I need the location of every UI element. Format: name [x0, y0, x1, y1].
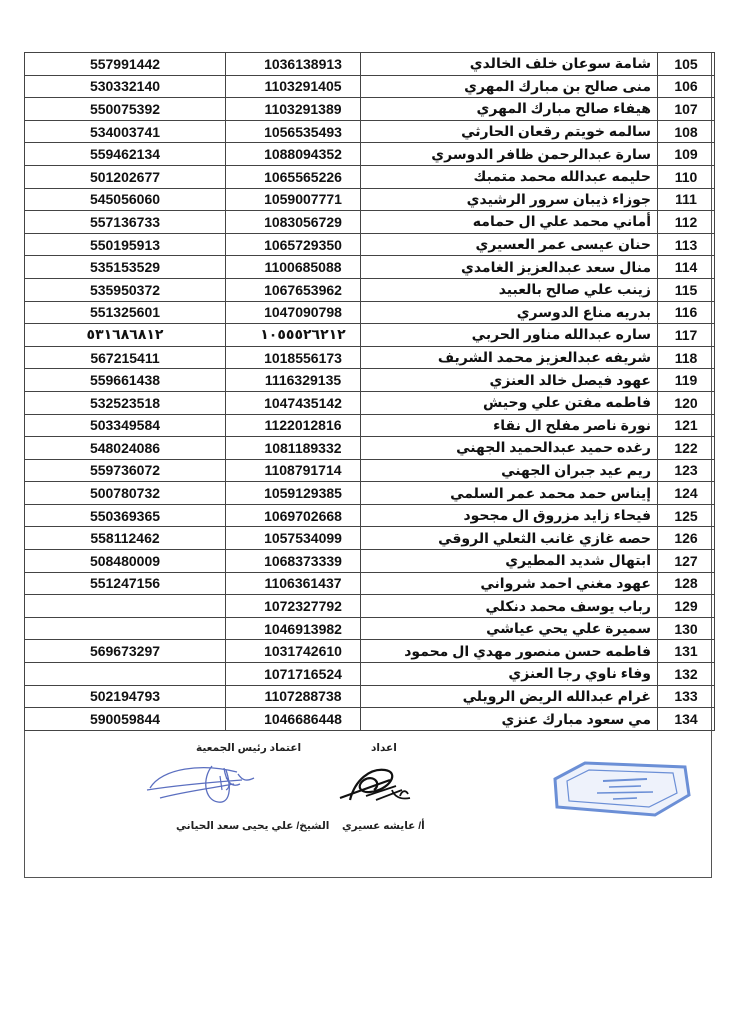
- row-number-cell-text: 120: [674, 395, 697, 411]
- phone-cell-text: 530332140: [90, 78, 160, 94]
- row-number-cell: 107: [658, 98, 715, 121]
- national-id-cell: 1047435142: [226, 391, 361, 414]
- national-id-cell: 1047090798: [226, 301, 361, 324]
- phone-cell: 558112462: [25, 527, 226, 550]
- national-id-cell-text: 1046913982: [264, 621, 342, 637]
- phone-cell: 567215411: [25, 346, 226, 369]
- name-cell: منال سعد عبدالعزيز الغامدي: [361, 256, 658, 279]
- row-number-cell: 115: [658, 278, 715, 301]
- row-number-cell: 132: [658, 663, 715, 686]
- row-number-cell: 109: [658, 143, 715, 166]
- name-cell-text: مي سعود مبارك عنزي: [502, 711, 651, 727]
- phone-cell-text: 590059844: [90, 711, 160, 727]
- approval-label: اعتماد رئيس الجمعية: [196, 742, 301, 754]
- row-number-cell: 119: [658, 369, 715, 392]
- association-stamp: [545, 757, 695, 819]
- row-number-cell: 131: [658, 640, 715, 663]
- name-cell: حنان عيسى عمر العسيري: [361, 233, 658, 256]
- national-id-cell-text: 1103291389: [264, 101, 341, 117]
- phone-cell: 508480009: [25, 550, 226, 573]
- phone-cell-text: 557991442: [90, 56, 160, 72]
- table-row: 5597360721108791714ريم عيد جبران الجهني1…: [25, 459, 715, 482]
- name-cell: منى صالح بن مبارك المهري: [361, 75, 658, 98]
- table-row: 5021947931107288738غرام عبدالله الريض ال…: [25, 685, 715, 708]
- name-cell-text: عهود مغني احمد شرواني: [480, 575, 651, 591]
- name-cell-text: حصه غازي غانب الثعلي الروقي: [438, 530, 651, 546]
- national-id-cell-text: 1116329135: [265, 372, 341, 388]
- name-cell-text: سارة عبدالرحمن ظافر الدوسري: [431, 146, 651, 162]
- national-id-cell: ١٠٥٥٥٢٦٢١٢: [226, 324, 361, 347]
- national-id-cell: 1067653962: [226, 278, 361, 301]
- row-number-cell-text: 131: [674, 643, 697, 659]
- phone-cell-text: 559661438: [90, 372, 160, 388]
- table-row: 5503693651069702668فيحاء زايد مزروق ال م…: [25, 504, 715, 527]
- row-number-cell: 113: [658, 233, 715, 256]
- national-id-cell-text: 1031742610: [264, 643, 342, 659]
- name-cell-text: فاطمه حسن منصور مهدي ال محمود: [404, 643, 651, 659]
- national-id-cell: 1056535493: [226, 120, 361, 143]
- row-number-cell-text: 128: [674, 575, 697, 591]
- table-row: 5581124621057534099حصه غازي غانب الثعلي …: [25, 527, 715, 550]
- name-cell: عهود فيصل خالد العنزي: [361, 369, 658, 392]
- table-row: 1071716524وفاء ناوي رجا العنزي132: [25, 663, 715, 686]
- name-cell: فاطمه حسن منصور مهدي ال محمود: [361, 640, 658, 663]
- row-number-cell: 130: [658, 617, 715, 640]
- row-number-cell: 117: [658, 324, 715, 347]
- name-cell: رغده حميد عبدالحميد الجهني: [361, 437, 658, 460]
- national-id-cell-text: 1036138913: [264, 56, 342, 72]
- name-cell-text: ابتهال شديد المطيري: [505, 552, 651, 568]
- beneficiaries-table: 5579914421036138913شامة سوعان خلف الخالد…: [24, 52, 715, 731]
- phone-cell: 502194793: [25, 685, 226, 708]
- national-id-cell-text: 1047435142: [264, 395, 342, 411]
- name-cell: جوزاء ذيبان سرور الرشيدي: [361, 188, 658, 211]
- phone-cell: ٥٣١٦٨٦٨١٢: [25, 324, 226, 347]
- national-id-cell-text: 1057534099: [264, 530, 342, 546]
- phone-cell: 557991442: [25, 53, 226, 76]
- name-cell-text: سالمه خويتم رقعان الحارثي: [461, 123, 651, 139]
- row-number-cell-text: 126: [674, 530, 697, 546]
- row-number-cell-text: 110: [675, 169, 698, 185]
- national-id-cell-text: 1018556173: [264, 350, 342, 366]
- row-number-cell-text: 118: [675, 350, 698, 366]
- phone-cell: 550369365: [25, 504, 226, 527]
- national-id-cell: 1065565226: [226, 165, 361, 188]
- national-id-cell-text: 1067653962: [264, 282, 342, 298]
- row-number-cell: 120: [658, 391, 715, 414]
- row-number-cell: 111: [658, 188, 715, 211]
- row-number-cell-text: 125: [674, 508, 697, 524]
- national-id-cell: 1103291389: [226, 98, 361, 121]
- national-id-cell: 1036138913: [226, 53, 361, 76]
- phone-cell: 534003741: [25, 120, 226, 143]
- phone-cell: 503349584: [25, 414, 226, 437]
- name-cell: شامة سوعان خلف الخالدي: [361, 53, 658, 76]
- row-number-cell: 118: [658, 346, 715, 369]
- national-id-cell: 1107288738: [226, 685, 361, 708]
- row-number-cell: 134: [658, 708, 715, 731]
- phone-cell: 559661438: [25, 369, 226, 392]
- national-id-cell-text: 1106361437: [264, 575, 341, 591]
- name-cell: فاطمه مفتن علي وحيش: [361, 391, 658, 414]
- phone-cell: 559462134: [25, 143, 226, 166]
- national-id-cell: 1071716524: [226, 663, 361, 686]
- row-number-cell: 105: [658, 53, 715, 76]
- name-cell-text: ريم عيد جبران الجهني: [501, 462, 651, 478]
- table-row: 5696732971031742610فاطمه حسن منصور مهدي …: [25, 640, 715, 663]
- phone-cell-text: 535950372: [90, 282, 160, 298]
- row-number-cell-text: 119: [675, 372, 698, 388]
- phone-cell-text: 532523518: [90, 395, 160, 411]
- row-number-cell: 124: [658, 482, 715, 505]
- phone-cell: 557136733: [25, 211, 226, 234]
- row-number-cell-text: 133: [674, 688, 697, 704]
- name-cell: إيناس حمد محمد عمر السلمي: [361, 482, 658, 505]
- name-cell: نورة ناصر مفلح ال نقاء: [361, 414, 658, 437]
- name-cell-text: رباب يوسف محمد دنكلي: [486, 598, 651, 614]
- name-cell-text: إيناس حمد محمد عمر السلمي: [450, 485, 651, 501]
- phone-cell: [25, 663, 226, 686]
- phone-cell-text: 535153529: [90, 259, 160, 275]
- row-number-cell-text: 115: [675, 282, 698, 298]
- national-id-cell-text: 1056535493: [264, 124, 342, 140]
- name-cell: حصه غازي غانب الثعلي الروقي: [361, 527, 658, 550]
- phone-cell: 590059844: [25, 708, 226, 731]
- phone-cell: 532523518: [25, 391, 226, 414]
- row-number-cell: 133: [658, 685, 715, 708]
- table-row: 5672154111018556173شريفه عبدالعزيز محمد …: [25, 346, 715, 369]
- name-cell: مي سعود مبارك عنزي: [361, 708, 658, 731]
- name-cell-text: منال سعد عبدالعزيز الغامدي: [461, 259, 651, 275]
- row-number-cell: 122: [658, 437, 715, 460]
- national-id-cell: 1100685088: [226, 256, 361, 279]
- name-cell-text: غرام عبدالله الريض الرويلي: [463, 688, 651, 704]
- row-number-cell: 114: [658, 256, 715, 279]
- national-id-cell-text: 1100685088: [264, 259, 341, 275]
- table-row: 5579914421036138913شامة سوعان خلف الخالد…: [25, 53, 715, 76]
- row-number-cell: 106: [658, 75, 715, 98]
- row-number-cell-text: 105: [674, 56, 697, 72]
- phone-cell: 551247156: [25, 572, 226, 595]
- row-number-cell-text: 112: [675, 214, 698, 230]
- name-cell-text: حنان عيسى عمر العسيري: [476, 236, 652, 252]
- name-cell: ابتهال شديد المطيري: [361, 550, 658, 573]
- table-row: 5450560601059007771جوزاء ذيبان سرور الرش…: [25, 188, 715, 211]
- national-id-cell: 1018556173: [226, 346, 361, 369]
- name-cell-text: عهود فيصل خالد العنزي: [489, 372, 651, 388]
- national-id-cell-text: 1122012816: [264, 417, 341, 433]
- national-id-cell-text: 1103291405: [264, 78, 341, 94]
- phone-cell: 551325601: [25, 301, 226, 324]
- national-id-cell: 1122012816: [226, 414, 361, 437]
- national-id-cell-text: 1083056729: [264, 214, 342, 230]
- table-row: 5501959131065729350حنان عيسى عمر العسيري…: [25, 233, 715, 256]
- name-cell-text: فاطمه مفتن علي وحيش: [483, 394, 651, 410]
- row-number-cell: 110: [658, 165, 715, 188]
- phone-cell: [25, 595, 226, 618]
- table-row: 5033495841122012816نورة ناصر مفلح ال نقا…: [25, 414, 715, 437]
- name-cell-text: نورة ناصر مفلح ال نقاء: [493, 417, 651, 433]
- name-cell: فيحاء زايد مزروق ال مجحود: [361, 504, 658, 527]
- name-cell: وفاء ناوي رجا العنزي: [361, 663, 658, 686]
- national-id-cell: 1116329135: [226, 369, 361, 392]
- name-cell: بدريه مناع الدوسري: [361, 301, 658, 324]
- phone-cell-text: 501202677: [90, 169, 160, 185]
- table-row: 5325235181047435142فاطمه مفتن علي وحيش12…: [25, 391, 715, 414]
- phone-cell-text: 550369365: [90, 508, 160, 524]
- national-id-cell: 1103291405: [226, 75, 361, 98]
- name-cell-text: رغده حميد عبدالحميد الجهني: [456, 439, 651, 455]
- row-number-cell-text: 117: [675, 327, 698, 343]
- national-id-cell: 1059007771: [226, 188, 361, 211]
- phone-cell-text: 503349584: [90, 417, 160, 433]
- table-row: 5340037411056535493سالمه خويتم رقعان الح…: [25, 120, 715, 143]
- national-id-cell-text: 1046686448: [264, 711, 342, 727]
- name-cell: أماني محمد علي ال حمامه: [361, 211, 658, 234]
- national-id-cell-text: 1081189332: [264, 440, 341, 456]
- name-cell-text: فيحاء زايد مزروق ال مجحود: [463, 507, 651, 523]
- phone-cell: 545056060: [25, 188, 226, 211]
- national-id-cell-text: 1065729350: [264, 237, 342, 253]
- row-number-cell-text: 127: [674, 553, 697, 569]
- name-cell: سميرة علي يحي عياشي: [361, 617, 658, 640]
- president-signature: [142, 758, 262, 808]
- row-number-cell: 127: [658, 550, 715, 573]
- table-row: 5084800091068373339ابتهال شديد المطيري12…: [25, 550, 715, 573]
- national-id-cell-text: 1071716524: [264, 666, 342, 682]
- national-id-cell-text: 1088094352: [264, 146, 342, 162]
- row-number-cell: 128: [658, 572, 715, 595]
- name-cell-text: حليمه عبدالله محمد متمبك: [474, 168, 651, 184]
- phone-cell: 500780732: [25, 482, 226, 505]
- phone-cell-text: 534003741: [90, 124, 160, 140]
- name-cell: ريم عيد جبران الجهني: [361, 459, 658, 482]
- table-row: 5900598441046686448مي سعود مبارك عنزي134: [25, 708, 715, 731]
- table-row: 5513256011047090798بدريه مناع الدوسري116: [25, 301, 715, 324]
- row-number-cell: 121: [658, 414, 715, 437]
- name-cell-text: ساره عبدالله مناور الحربي: [472, 326, 651, 342]
- row-number-cell: 116: [658, 301, 715, 324]
- phone-cell-text: 551247156: [90, 575, 160, 591]
- national-id-cell: 1106361437: [226, 572, 361, 595]
- row-number-cell-text: 132: [674, 666, 697, 682]
- phone-cell: 530332140: [25, 75, 226, 98]
- row-number-cell: 125: [658, 504, 715, 527]
- national-id-cell: 1068373339: [226, 550, 361, 573]
- row-number-cell-text: 116: [675, 304, 698, 320]
- row-number-cell: 126: [658, 527, 715, 550]
- phone-cell: 569673297: [25, 640, 226, 663]
- national-id-cell: 1059129385: [226, 482, 361, 505]
- phone-cell: 559736072: [25, 459, 226, 482]
- table-row: 5007807321059129385إيناس حمد محمد عمر ال…: [25, 482, 715, 505]
- name-cell-text: أماني محمد علي ال حمامه: [473, 213, 651, 229]
- national-id-cell-text: 1069702668: [264, 508, 342, 524]
- row-number-cell-text: 123: [674, 462, 697, 478]
- name-cell-text: شريفه عبدالعزيز محمد الشريف: [438, 349, 651, 365]
- table-row: 5512471561106361437عهود مغني احمد شرواني…: [25, 572, 715, 595]
- phone-cell: 550195913: [25, 233, 226, 256]
- phone-cell-text: 508480009: [90, 553, 160, 569]
- national-id-cell-text: 1108791714: [264, 462, 341, 478]
- phone-cell: 535153529: [25, 256, 226, 279]
- table-row: ٥٣١٦٨٦٨١٢١٠٥٥٥٢٦٢١٢ساره عبدالله مناور ال…: [25, 324, 715, 347]
- table-row: 5303321401103291405منى صالح بن مبارك الم…: [25, 75, 715, 98]
- row-number-cell-text: 106: [674, 78, 697, 94]
- row-number-cell-text: 124: [674, 485, 697, 501]
- table-row: 5596614381116329135عهود فيصل خالد العنزي…: [25, 369, 715, 392]
- table-row: 5500753921103291389هيفاء صالح مبارك المه…: [25, 98, 715, 121]
- national-id-cell: 1069702668: [226, 504, 361, 527]
- phone-cell-text: 551325601: [90, 304, 160, 320]
- table-row: 5594621341088094352سارة عبدالرحمن ظافر ا…: [25, 143, 715, 166]
- row-number-cell-text: 107: [674, 101, 697, 117]
- phone-cell-text: 502194793: [90, 688, 160, 704]
- name-cell: حليمه عبدالله محمد متمبك: [361, 165, 658, 188]
- phone-cell-text: 557136733: [90, 214, 160, 230]
- row-number-cell-text: 134: [674, 711, 697, 727]
- row-number-cell: 129: [658, 595, 715, 618]
- name-cell: رباب يوسف محمد دنكلي: [361, 595, 658, 618]
- name-cell: غرام عبدالله الريض الرويلي: [361, 685, 658, 708]
- national-id-cell: 1057534099: [226, 527, 361, 550]
- row-number-cell-text: 130: [674, 621, 697, 637]
- phone-cell-text: 550075392: [90, 101, 160, 117]
- table-row: 5012026771065565226حليمه عبدالله محمد مت…: [25, 165, 715, 188]
- preparer-signature: [330, 760, 420, 808]
- row-number-cell-text: 122: [674, 440, 697, 456]
- phone-cell-text: 548024086: [90, 440, 160, 456]
- national-id-cell-text: 1059007771: [264, 191, 342, 207]
- name-cell-text: هيفاء صالح مبارك المهري: [477, 100, 651, 116]
- prepared-label: اعداد: [371, 742, 397, 754]
- name-cell-text: منى صالح بن مبارك المهري: [464, 78, 651, 94]
- national-id-cell: 1046913982: [226, 617, 361, 640]
- row-number-cell-text: 111: [675, 191, 697, 207]
- phone-cell: 548024086: [25, 437, 226, 460]
- name-cell-text: وفاء ناوي رجا العنزي: [508, 665, 651, 681]
- name-cell-text: زينب علي صالح بالعبيد: [499, 281, 651, 297]
- table-body: 5579914421036138913شامة سوعان خلف الخالد…: [25, 53, 715, 731]
- name-cell: ساره عبدالله مناور الحربي: [361, 324, 658, 347]
- phone-cell-text: 545056060: [90, 191, 160, 207]
- national-id-cell-text: 1072327792: [264, 598, 342, 614]
- name-cell: هيفاء صالح مبارك المهري: [361, 98, 658, 121]
- name-cell-text: بدريه مناع الدوسري: [517, 304, 651, 320]
- phone-cell: 501202677: [25, 165, 226, 188]
- phone-cell-text: 550195913: [90, 237, 160, 253]
- table-row: 5359503721067653962زينب علي صالح بالعبيد…: [25, 278, 715, 301]
- national-id-cell-text: 1107288738: [264, 688, 341, 704]
- name-cell-text: جوزاء ذيبان سرور الرشيدي: [467, 191, 651, 207]
- row-number-cell: 123: [658, 459, 715, 482]
- phone-cell: [25, 617, 226, 640]
- phone-cell-text: 567215411: [90, 350, 159, 366]
- approver-name: الشيخ/ علي يحيى سعد الحياني: [176, 820, 329, 832]
- national-id-cell: 1031742610: [226, 640, 361, 663]
- national-id-cell-text: 1068373339: [264, 553, 342, 569]
- phone-cell: 535950372: [25, 278, 226, 301]
- phone-cell-text: 500780732: [90, 485, 160, 501]
- phone-cell-text: 559462134: [90, 146, 160, 162]
- national-id-cell: 1065729350: [226, 233, 361, 256]
- name-cell: شريفه عبدالعزيز محمد الشريف: [361, 346, 658, 369]
- row-number-cell: 108: [658, 120, 715, 143]
- table-row: 5480240861081189332رغده حميد عبدالحميد ا…: [25, 437, 715, 460]
- national-id-cell-text: 1065565226: [264, 169, 342, 185]
- row-number-cell: 112: [658, 211, 715, 234]
- row-number-cell-text: 108: [674, 124, 697, 140]
- national-id-cell: 1108791714: [226, 459, 361, 482]
- national-id-cell: 1081189332: [226, 437, 361, 460]
- national-id-cell-text: 1047090798: [264, 304, 342, 320]
- phone-cell-text: 559736072: [90, 462, 160, 478]
- name-cell: زينب علي صالح بالعبيد: [361, 278, 658, 301]
- name-cell: عهود مغني احمد شرواني: [361, 572, 658, 595]
- name-cell: سارة عبدالرحمن ظافر الدوسري: [361, 143, 658, 166]
- name-cell-text: شامة سوعان خلف الخالدي: [470, 55, 651, 71]
- name-cell-text: سميرة علي يحي عياشي: [486, 620, 651, 636]
- preparer-name: أ/ عايشه عسيري: [342, 820, 425, 832]
- table-row: 1072327792رباب يوسف محمد دنكلي129: [25, 595, 715, 618]
- row-number-cell-text: 114: [675, 259, 698, 275]
- table-row: 5571367331083056729أماني محمد علي ال حما…: [25, 211, 715, 234]
- name-cell: سالمه خويتم رقعان الحارثي: [361, 120, 658, 143]
- national-id-cell: 1046686448: [226, 708, 361, 731]
- phone-cell-text: 569673297: [90, 643, 160, 659]
- phone-cell-text: 558112462: [90, 530, 159, 546]
- national-id-cell: 1072327792: [226, 595, 361, 618]
- table-row: 5351535291100685088منال سعد عبدالعزيز ال…: [25, 256, 715, 279]
- row-number-cell-text: 121: [674, 417, 697, 433]
- national-id-cell-text: ١٠٥٥٥٢٦٢١٢: [260, 326, 345, 343]
- row-number-cell-text: 129: [674, 598, 697, 614]
- row-number-cell-text: 109: [674, 146, 697, 162]
- national-id-cell: 1083056729: [226, 211, 361, 234]
- phone-cell: 550075392: [25, 98, 226, 121]
- national-id-cell-text: 1059129385: [264, 485, 342, 501]
- row-number-cell-text: 113: [675, 237, 698, 253]
- phone-cell-text: ٥٣١٦٨٦٨١٢: [87, 326, 164, 342]
- national-id-cell: 1088094352: [226, 143, 361, 166]
- table-row: 1046913982سميرة علي يحي عياشي130: [25, 617, 715, 640]
